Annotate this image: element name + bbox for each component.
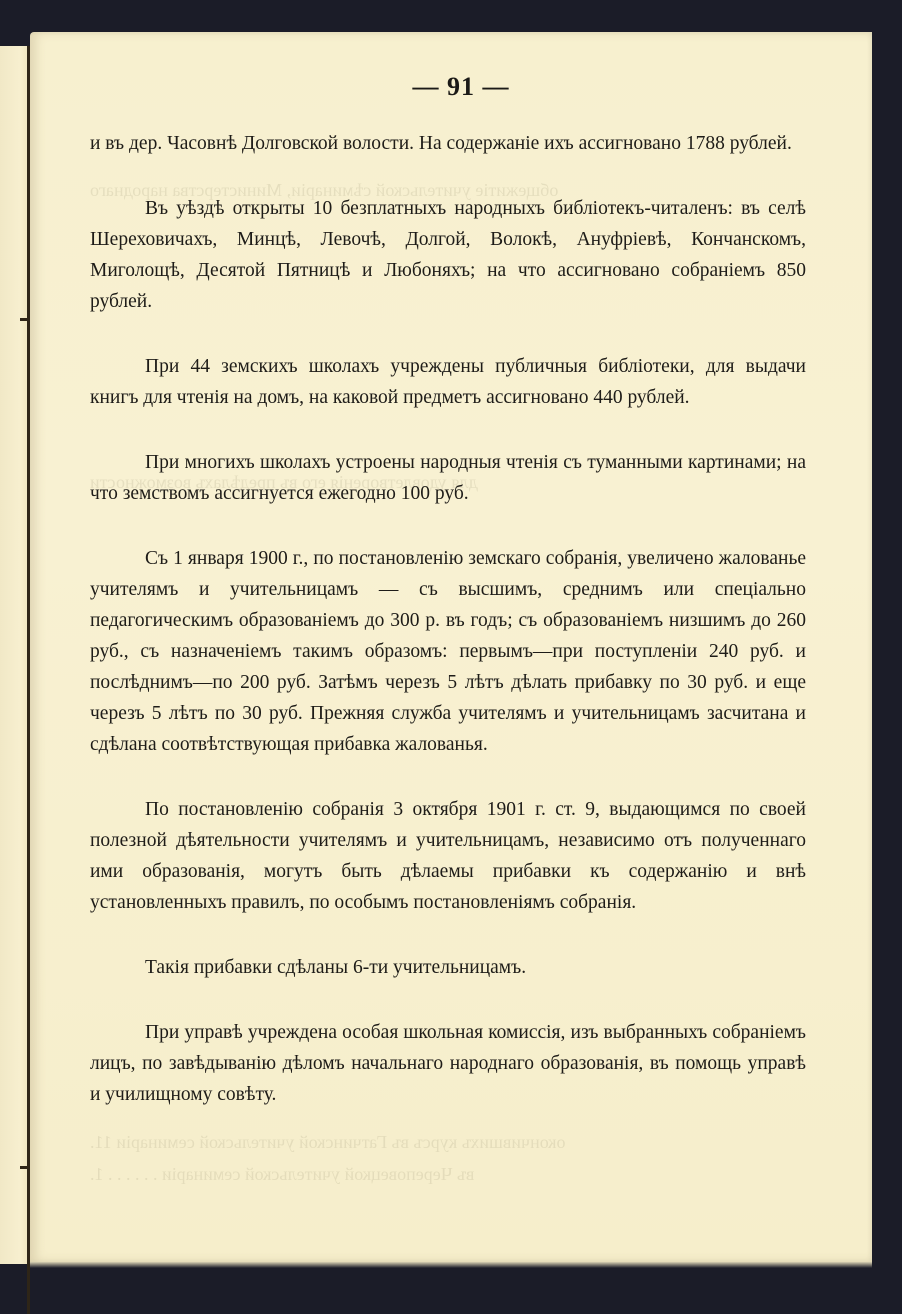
paragraph: При управѣ учреждена особая школьная ком… (90, 1017, 806, 1110)
body-text: и въ дер. Часовнѣ Долговской волости. На… (90, 128, 806, 1135)
page-bottom-edge (30, 1262, 872, 1268)
page-number: — 91 — (50, 72, 872, 102)
facing-page-edge (0, 46, 28, 1264)
paragraph: Такія прибавки сдѣланы 6-ти учительницам… (90, 952, 806, 983)
paragraph: При многихъ школахъ устроены народныя чт… (90, 447, 806, 509)
book-page: общежитіе учительской сѣминаріи, Министе… (30, 32, 872, 1262)
paragraph: По постановленію собранія 3 октября 1901… (90, 794, 806, 918)
paragraph: Съ 1 января 1900 г., по постановленію зе… (90, 543, 806, 760)
paragraph: При 44 земскихъ школахъ учреждены публич… (90, 351, 806, 413)
spine-tick-mark (20, 1166, 28, 1169)
spine-tick-mark (20, 318, 28, 321)
paragraph: Въ уѣздѣ открыты 10 безплатныхъ народных… (90, 193, 806, 317)
paragraph: и въ дер. Часовнѣ Долговской волости. На… (90, 128, 806, 159)
show-through-text: окончившихъ курсъ въ Гатчинской учительс… (90, 1132, 566, 1153)
show-through-text: въ Череповецкой учительской семинаріи . … (90, 1164, 474, 1185)
